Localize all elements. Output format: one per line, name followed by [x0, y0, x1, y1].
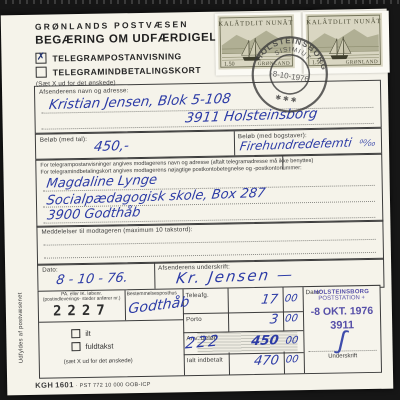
serial-label: PA. eller IK. løbenr. (postindleverings-…	[42, 291, 122, 303]
amount-ore-mark: ⁰⁰⁄₀₀	[358, 139, 375, 150]
fee-kr-ialt: 470	[228, 353, 280, 370]
underskrift-label: Underskrift	[305, 353, 381, 360]
photo-perforated-edge	[0, 0, 400, 4]
signature-value: Kr. Jensen —	[175, 265, 295, 287]
fee-label-porto: Porto	[186, 316, 226, 324]
fee-kr-porto: 3	[227, 312, 279, 329]
form-number-kgh: KGH	[35, 381, 53, 390]
destination-cell: Bestemmelsesposthus Godthåb	[125, 289, 184, 320]
postmark-stars: ✱ ✱ ✱	[275, 93, 298, 104]
office-date-cell: Dato: HOLSTEINSBORG POSTSTATION + -8 OKT…	[304, 286, 381, 373]
ruled-line	[44, 239, 376, 246]
amount-digits-value: 450,-	[93, 138, 130, 155]
checkbox-checked-icon: ✗	[35, 53, 46, 64]
office-checkbox-area: ilt fuldtakst (sæt X ud for det ønskede)	[39, 319, 184, 378]
telegram-form: GRØNLANDS POSTVÆSEN BEGÆRING OM UDFÆRDIG…	[1, 9, 394, 396]
fuldtakst-label: fuldtakst	[85, 341, 113, 350]
option-ilt: ilt	[71, 329, 91, 338]
fee-ore-teleafg: 00	[284, 293, 298, 304]
fee-ore-ialt: 00	[285, 354, 299, 365]
rubber-stamp-date: -8 OKT. 1976	[304, 305, 380, 318]
recipient-box: For telegrampostanvisninger angives modt…	[35, 154, 383, 228]
checkbox-empty-icon	[71, 342, 80, 351]
amount-digits-label: Beløb (med tal):	[40, 136, 87, 144]
serial-cell: PA. eller IK. løbenr. (postindleverings-…	[39, 290, 126, 321]
form-number-rest: · PST 772 10 000 OOB-ICP	[76, 382, 151, 389]
fee-kr-anv-belob: 450	[227, 333, 279, 350]
postmark-cancellation: HOLSTEINSBORG SISIMIUT -8-10-1976 ✱ ✱ ✱	[227, 11, 353, 137]
ilt-label: ilt	[85, 329, 91, 338]
message-label: Meddelelser til modtageren (maximum 10 t…	[41, 226, 192, 236]
option-telegramindbetalingskort: TELEGRAMINDBETALINGSKORT	[36, 64, 202, 78]
option-telegrampostanvisning: ✗ TELEGRAMPOSTANVISNING	[35, 50, 181, 64]
form-number: KGH 1601 · PST 772 10 000 OOB-ICP	[35, 379, 151, 390]
office-grid: PA. eller IK. løbenr. (postindleverings-…	[38, 285, 382, 379]
pen-scribble: 222	[184, 331, 221, 352]
checkbox-empty-icon	[71, 329, 80, 338]
serial-value: 2227	[39, 302, 125, 319]
amount-words-text: Firehundredefemti	[239, 136, 353, 154]
postmark-date: -8-10-1976	[269, 69, 310, 84]
side-label: Udfyldes af postvæsenet	[18, 293, 25, 363]
ruled-line	[44, 252, 376, 259]
fee-ore-porto: 00	[284, 313, 298, 324]
fee-label-teleafg: Teleafg.	[186, 292, 226, 300]
amount-digits-cell: Beløb (med tal): 450,-	[36, 131, 235, 158]
photo-background: GRØNLANDS POSTVÆSEN BEGÆRING OM UDFÆRDIG…	[0, 0, 400, 400]
form-number-no: 1601	[55, 380, 74, 389]
checkbox-empty-icon	[36, 67, 47, 78]
column-divider	[282, 156, 283, 169]
date-value: 8 - 10 - 76.	[55, 271, 129, 289]
option1-label: TELEGRAMPOSTANVISNING	[52, 51, 181, 63]
agency-name: GRØNLANDS POSTVÆSEN	[35, 19, 189, 32]
fee-ore-anv-belob: 00	[285, 335, 299, 346]
fee-label-ialt: Ialt indbetalt	[187, 357, 227, 365]
fee-kr-teleafg: 17	[227, 292, 279, 309]
option-fuldtakst: fuldtakst	[71, 341, 113, 351]
date-label: Dato:	[42, 266, 58, 273]
option2-label: TELEGRAMINDBETALINGSKORT	[53, 64, 202, 77]
office-checkbox-note: (sæt X ud for det ønskede)	[64, 358, 133, 365]
